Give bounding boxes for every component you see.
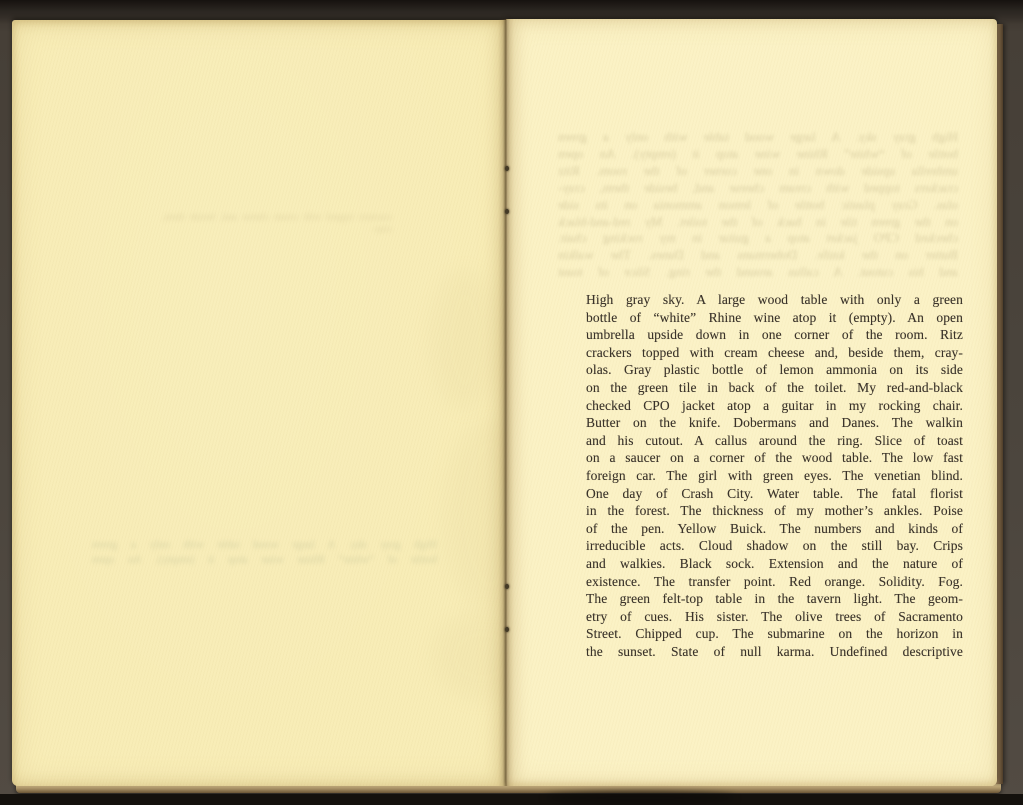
text-line: on a saucer on a corner of the wood tabl…	[586, 449, 963, 467]
text-line: olas. Gray plastic bottle of lemon ammon…	[586, 361, 963, 379]
text-line: in the forest. The thickness of my mothe…	[586, 502, 963, 520]
ghost-line: High gray sky. A large wood table with o…	[558, 129, 958, 146]
ghost-line: High gray sky. A large wood table with o…	[92, 538, 437, 553]
binding-stitch	[505, 584, 509, 589]
photo-bottom-black-strip	[0, 794, 1023, 805]
ghost-line: crackers topped with cream cheese and, b…	[558, 180, 958, 197]
ghost-line: and his cutout. A callus around the ring…	[558, 264, 958, 281]
gutter-fold	[498, 19, 514, 786]
ghost-line: checked CPO jacket atop a guitar in my r…	[558, 230, 958, 247]
text-line: One day of Crash City. Water table. The …	[586, 485, 963, 503]
ghost-line: Butter on the knife. Dobermans and Danes…	[558, 247, 958, 264]
text-line: and his cutout. A callus around the ring…	[586, 432, 963, 450]
binding-stitch	[505, 627, 509, 632]
text-line: existence. The transfer point. Red orang…	[586, 573, 963, 591]
text-line: High gray sky. A large wood table with o…	[586, 291, 963, 309]
ghost-line: bottle of “white” Rhine wine atop it (em…	[558, 146, 958, 163]
text-line: irreducible acts. Cloud shadow on the st…	[586, 537, 963, 555]
ghost-line: umbrella upside down in one corner of th…	[558, 163, 958, 180]
text-line: Butter on the knife. Dobermans and Danes…	[586, 414, 963, 432]
book-cast-shadow	[545, 792, 735, 804]
right-page: High gray sky. A large wood table with o…	[506, 19, 997, 786]
text-line: on the green tile in back of the toilet.…	[586, 379, 963, 397]
binding-stitch	[505, 166, 509, 171]
show-through-line: crackers topped with cream cheese and, b…	[162, 212, 392, 236]
text-line: foreign car. The girl with green eyes. T…	[586, 467, 963, 485]
ghost-line: olas. Gray plastic bottle of lemon ammon…	[558, 197, 958, 214]
text-line: the sunset. State of null karma. Undefin…	[586, 643, 963, 661]
text-line: Street. Chipped cup. The submarine on th…	[586, 625, 963, 643]
show-through-lines: High gray sky. A large wood table with o…	[92, 538, 437, 568]
text-line: crackers topped with cream cheese and, b…	[586, 344, 963, 362]
ghost-line: crackers topped with cream cheese and, b…	[162, 212, 392, 236]
text-line: The green felt-top table in the tavern l…	[586, 590, 963, 608]
text-line: bottle of “white” Rhine wine atop it (em…	[586, 309, 963, 327]
text-line: of the pen. Yellow Buick. The numbers an…	[586, 520, 963, 538]
show-through-smudge	[430, 270, 500, 410]
ghost-line: bottle of “white” Rhine wine atop it (em…	[92, 553, 437, 568]
text-line: and walkies. Black sock. Extension and t…	[586, 555, 963, 573]
book-photo: crackers topped with cream cheese and, b…	[0, 0, 1023, 805]
show-through-text-block: High gray sky. A large wood table with o…	[558, 129, 958, 281]
text-line: checked CPO jacket atop a guitar in my r…	[586, 397, 963, 415]
ghost-line: on the green tile in back of the toilet.…	[558, 214, 958, 231]
printed-text-block: High gray sky. A large wood table with o…	[586, 291, 963, 660]
text-line: etry of cues. His sister. The olive tree…	[586, 608, 963, 626]
left-page-blank: crackers topped with cream cheese and, b…	[12, 20, 506, 786]
text-line: umbrella upside down in one corner of th…	[586, 326, 963, 344]
binding-stitch	[505, 209, 509, 214]
